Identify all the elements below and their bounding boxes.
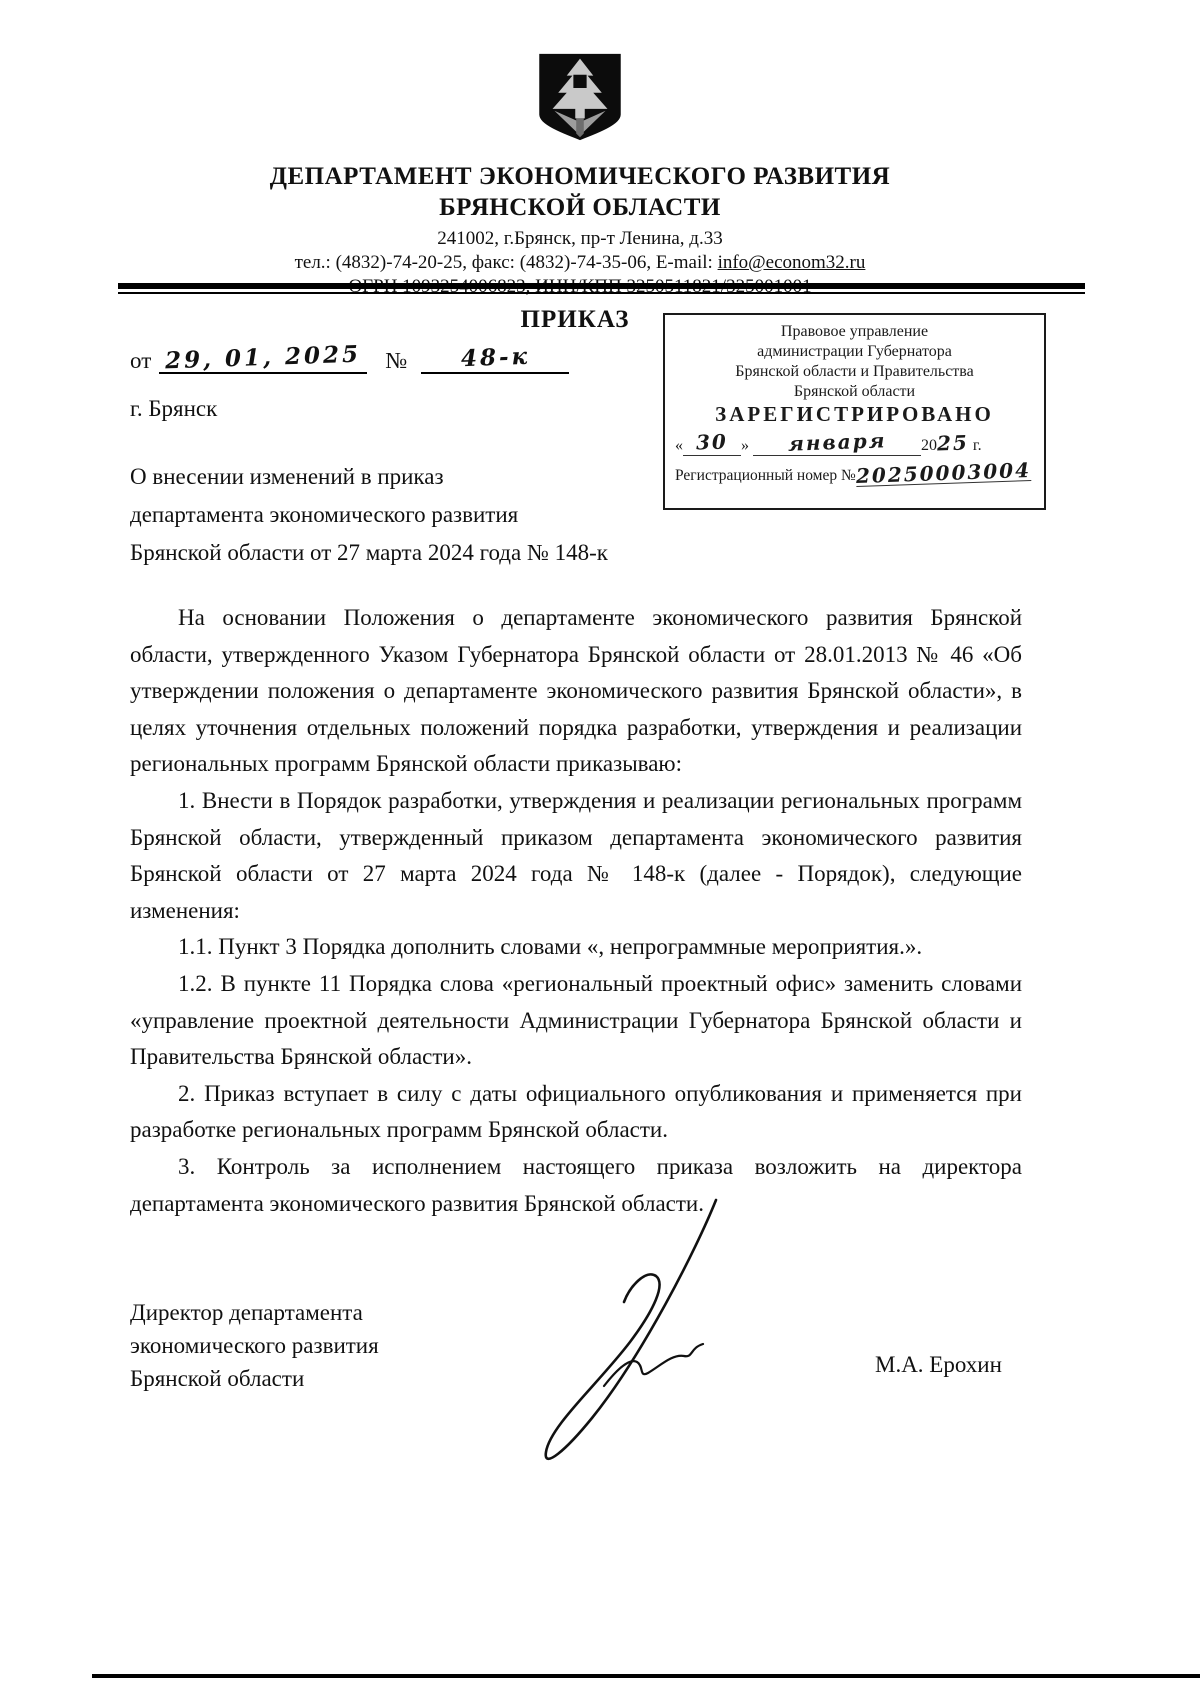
handwritten-reg-number: 20250003004 <box>855 460 1031 487</box>
body-paragraph: На основании Положения о департаменте эк… <box>130 600 1022 783</box>
stamp-registered-label: ЗАРЕГИСТРИРОВАНО <box>675 404 1034 424</box>
letterhead: ДЕПАРТАМЕНТ ЭКОНОМИЧЕСКОГО РАЗВИТИЯ БРЯН… <box>0 52 1160 299</box>
signature-autograph <box>530 1186 745 1486</box>
handwritten-date: 29, 01, 2025 <box>165 341 362 375</box>
stamp-reg-label: Регистрационный номер № <box>675 467 856 484</box>
stamp-registration-row: Регистрационный номер №20250003004 <box>675 463 1034 486</box>
subject-line3: Брянской области от 27 марта 2024 года №… <box>130 534 608 572</box>
signer-name: М.А. Ерохин <box>875 1352 1002 1378</box>
org-contacts-text: тел.: (4832)-74-20-25, факс: (4832)-74-3… <box>295 252 718 273</box>
city-label: г. Брянск <box>130 396 217 422</box>
stamp-line2: администрации Губернатора <box>675 342 1034 362</box>
stamp-line3: Брянской области и Правительства <box>675 362 1034 382</box>
handwritten-year: 25 <box>937 432 970 453</box>
order-body: На основании Положения о департаменте эк… <box>130 600 1022 1222</box>
number-sign: № <box>385 348 407 373</box>
subject-line2: департамента экономического развития <box>130 496 608 534</box>
stamp-day-blank: 30 <box>683 432 741 456</box>
order-subject: О внесении изменений в приказ департамен… <box>130 458 608 572</box>
stamp-date-row: «30» января2025 г. <box>675 432 1034 456</box>
org-name-line2: БРЯНСКОЙ ОБЛАСТИ <box>0 192 1160 223</box>
org-address: 241002, г.Брянск, пр-т Ленина, д.33 <box>0 227 1160 251</box>
handwritten-month: января <box>787 430 886 453</box>
registration-stamp: Правовое управление администрации Губерн… <box>663 313 1046 510</box>
stamp-year-prefix: 20 <box>921 437 937 454</box>
date-prefix: от <box>130 348 151 373</box>
body-paragraph: 1. Внести в Порядок разработки, утвержде… <box>130 783 1022 929</box>
stamp-line4: Брянской области <box>675 382 1034 402</box>
org-email: info@econom32.ru <box>718 252 866 273</box>
coat-of-arms-bryansk-icon <box>536 52 624 142</box>
signature-block: Директор департамента экономического раз… <box>130 1296 1070 1516</box>
stamp-line1: Правовое управление <box>675 322 1034 342</box>
body-paragraph: 1.1. Пункт 3 Порядка дополнить словами «… <box>130 929 1022 966</box>
stamp-quote-close: » <box>741 437 749 454</box>
org-contacts: тел.: (4832)-74-20-25, факс: (4832)-74-3… <box>0 251 1160 275</box>
stamp-month-blank: января <box>753 432 921 456</box>
stamp-year-suffix: г. <box>973 437 982 454</box>
handwritten-number: 48-к <box>460 343 530 372</box>
body-paragraph: 1.2. В пункте 11 Порядка слова «регионал… <box>130 966 1022 1076</box>
order-date-number-line: от29, 01, 2025№48-к <box>130 344 569 374</box>
body-paragraph: 2. Приказ вступает в силу с даты официал… <box>130 1076 1022 1149</box>
date-blank: 29, 01, 2025 <box>159 344 367 374</box>
subject-line1: О внесении изменений в приказ <box>130 458 608 496</box>
handwritten-day: 30 <box>696 431 729 452</box>
scan-edge-line <box>92 1674 1200 1678</box>
scanned-order-document: ДЕПАРТАМЕНТ ЭКОНОМИЧЕСКОГО РАЗВИТИЯ БРЯН… <box>0 0 1200 1685</box>
org-name-line1: ДЕПАРТАМЕНТ ЭКОНОМИЧЕСКОГО РАЗВИТИЯ <box>0 161 1160 192</box>
stamp-quote-open: « <box>675 437 683 454</box>
letterhead-divider <box>118 283 1085 294</box>
number-blank: 48-к <box>421 344 569 374</box>
